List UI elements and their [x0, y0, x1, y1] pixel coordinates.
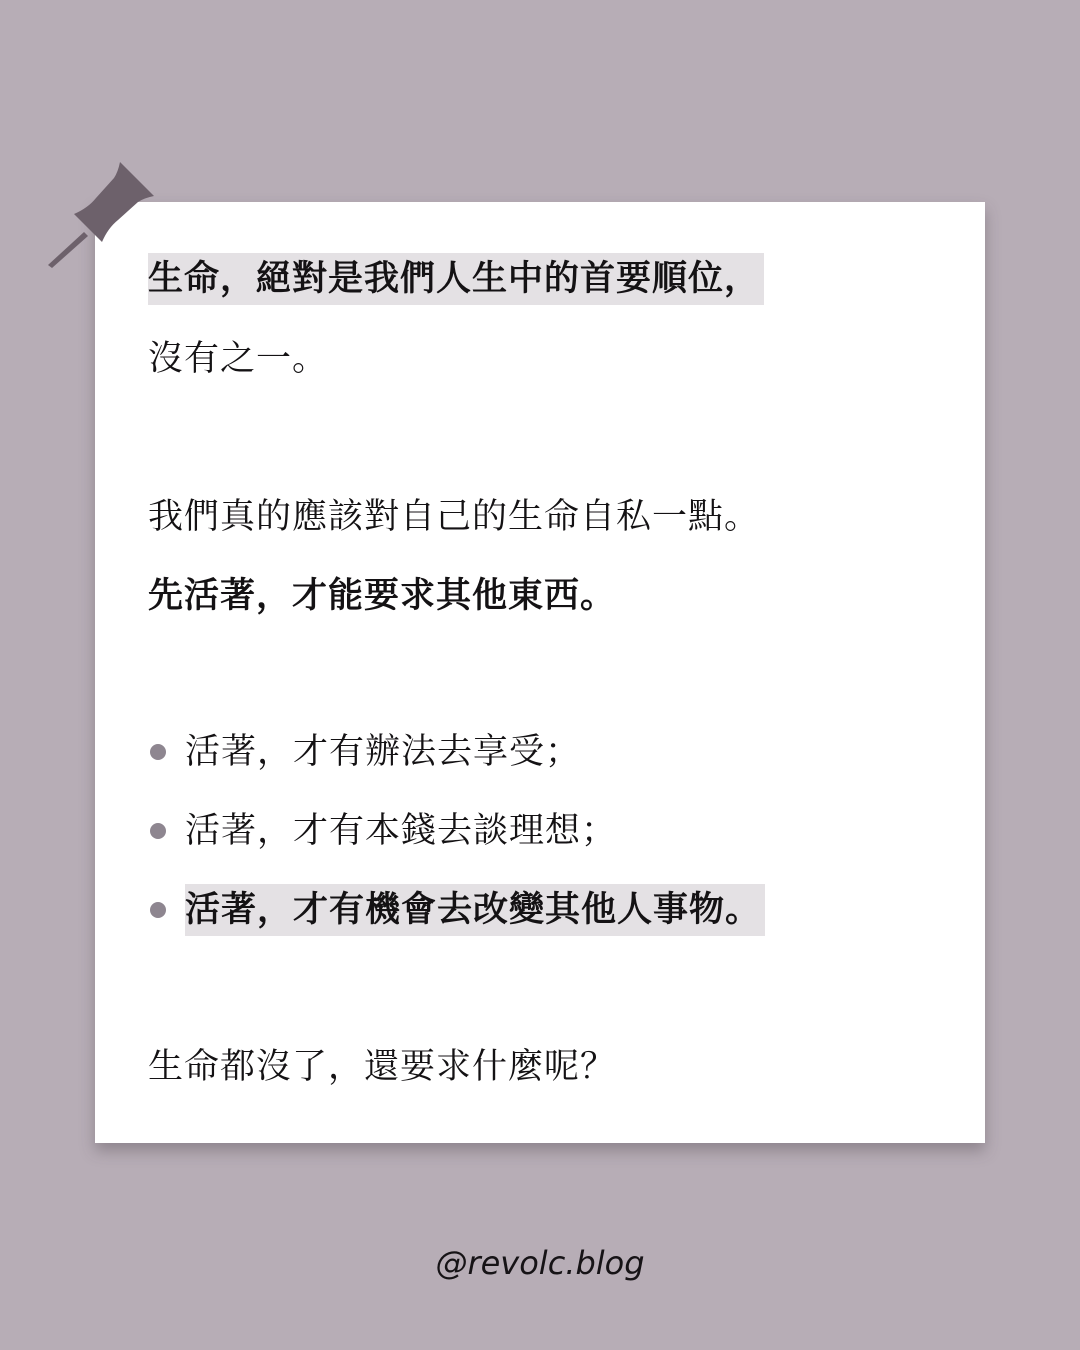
paragraph-line-2: 先活著，才能要求其他東西。 — [148, 570, 616, 622]
blog-handle: @revolc.blog — [0, 1244, 1080, 1282]
pushpin-icon — [44, 158, 160, 270]
closing-question: 生命都沒了，還要求什麼呢？ — [148, 1041, 616, 1093]
list-item: 活著，才有辦法去享受； — [150, 726, 581, 778]
bullet-dot-icon — [150, 744, 166, 760]
heading-line-2: 沒有之一。 — [148, 333, 328, 385]
heading-line-1: 生命，絕對是我們人生中的首要順位， — [148, 253, 764, 305]
list-item: 活著，才有本錢去談理想； — [150, 805, 617, 857]
highlighted-heading: 生命，絕對是我們人生中的首要順位， — [148, 253, 764, 305]
bullet-dot-icon — [150, 902, 166, 918]
list-item: 活著，才有機會去改變其他人事物。 — [150, 884, 765, 936]
list-item-text-highlighted: 活著，才有機會去改變其他人事物。 — [185, 884, 765, 936]
bullet-dot-icon — [150, 823, 166, 839]
paragraph-line-1: 我們真的應該對自己的生命自私一點。 — [148, 491, 760, 543]
list-item-text: 活著，才有本錢去談理想； — [185, 805, 617, 857]
list-item-text: 活著，才有辦法去享受； — [185, 726, 581, 778]
